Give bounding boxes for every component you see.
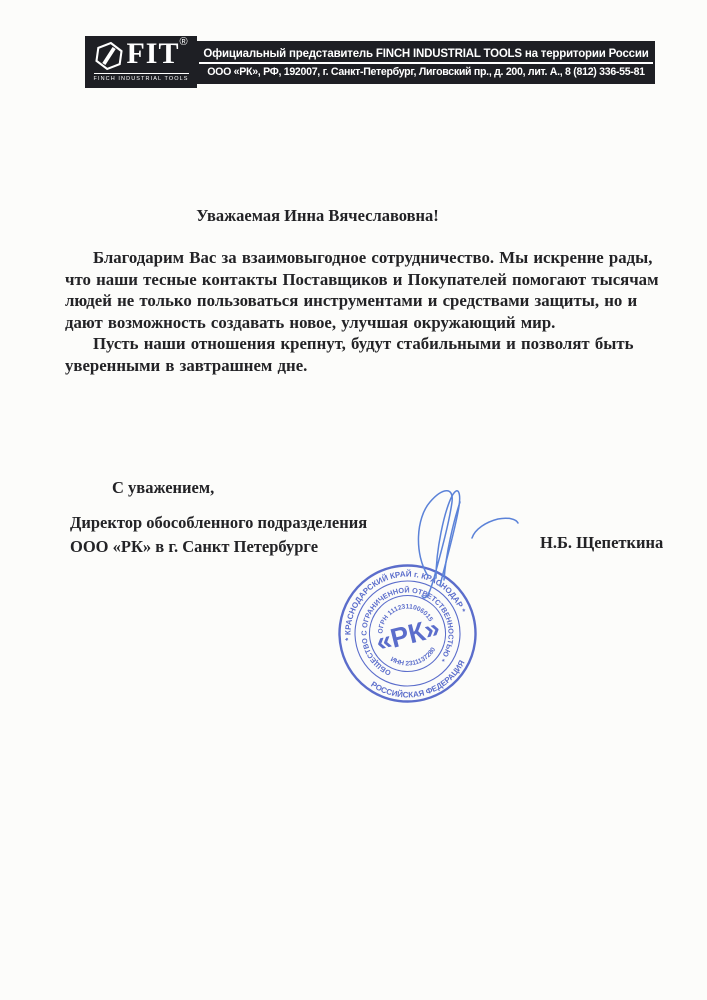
signer-role: Директор обособленного подразделения ООО… xyxy=(70,511,367,559)
letter-body: Благодарим Вас за взаимовыгодное сотрудн… xyxy=(65,247,660,376)
fit-logo-row: FIT ® xyxy=(94,39,187,71)
letterhead-banner: Официальный представитель FINCH INDUSTRI… xyxy=(197,41,655,84)
body-line: Благодарим Вас за взаимовыгодное сотрудн… xyxy=(65,247,660,269)
banner-divider xyxy=(199,62,653,64)
brand-text: FIT xyxy=(126,39,179,69)
salutation: Уважаемая Инна Вячеславовна! xyxy=(65,206,640,226)
banner-line-2: ООО «РК», РФ, 192007, г. Санкт-Петербург… xyxy=(197,66,655,78)
registered-mark: ® xyxy=(179,37,187,47)
body-line: людей не только пользоваться инструмента… xyxy=(65,290,660,312)
body-line: дают возможность создавать новое, улучша… xyxy=(65,312,660,334)
brand-caption: FINCH INDUSTRIAL TOOLS xyxy=(94,73,189,82)
hexagon-slash-icon xyxy=(94,41,124,71)
banner-line-1: Официальный представитель FINCH INDUSTRI… xyxy=(197,48,655,60)
fit-logo-box: FIT ® FINCH INDUSTRIAL TOOLS xyxy=(85,36,197,88)
signer-role-line-2: ООО «РК» в г. Санкт Петербурге xyxy=(70,535,367,559)
signer-name: Н.Б. Щепеткина xyxy=(540,533,663,553)
scanned-letter-page: FIT ® FINCH INDUSTRIAL TOOLS Официальный… xyxy=(0,0,707,1000)
body-line: уверенными в завтрашнем дне. xyxy=(65,355,660,377)
signer-role-line-1: Директор обособленного подразделения xyxy=(70,511,367,535)
closing-phrase: С уважением, xyxy=(112,478,214,498)
handwritten-signature xyxy=(392,476,532,611)
body-line: что наши тесные контакты Поставщиков и П… xyxy=(65,269,660,291)
body-line: Пусть наши отношения крепнут, будут стаб… xyxy=(65,333,660,355)
